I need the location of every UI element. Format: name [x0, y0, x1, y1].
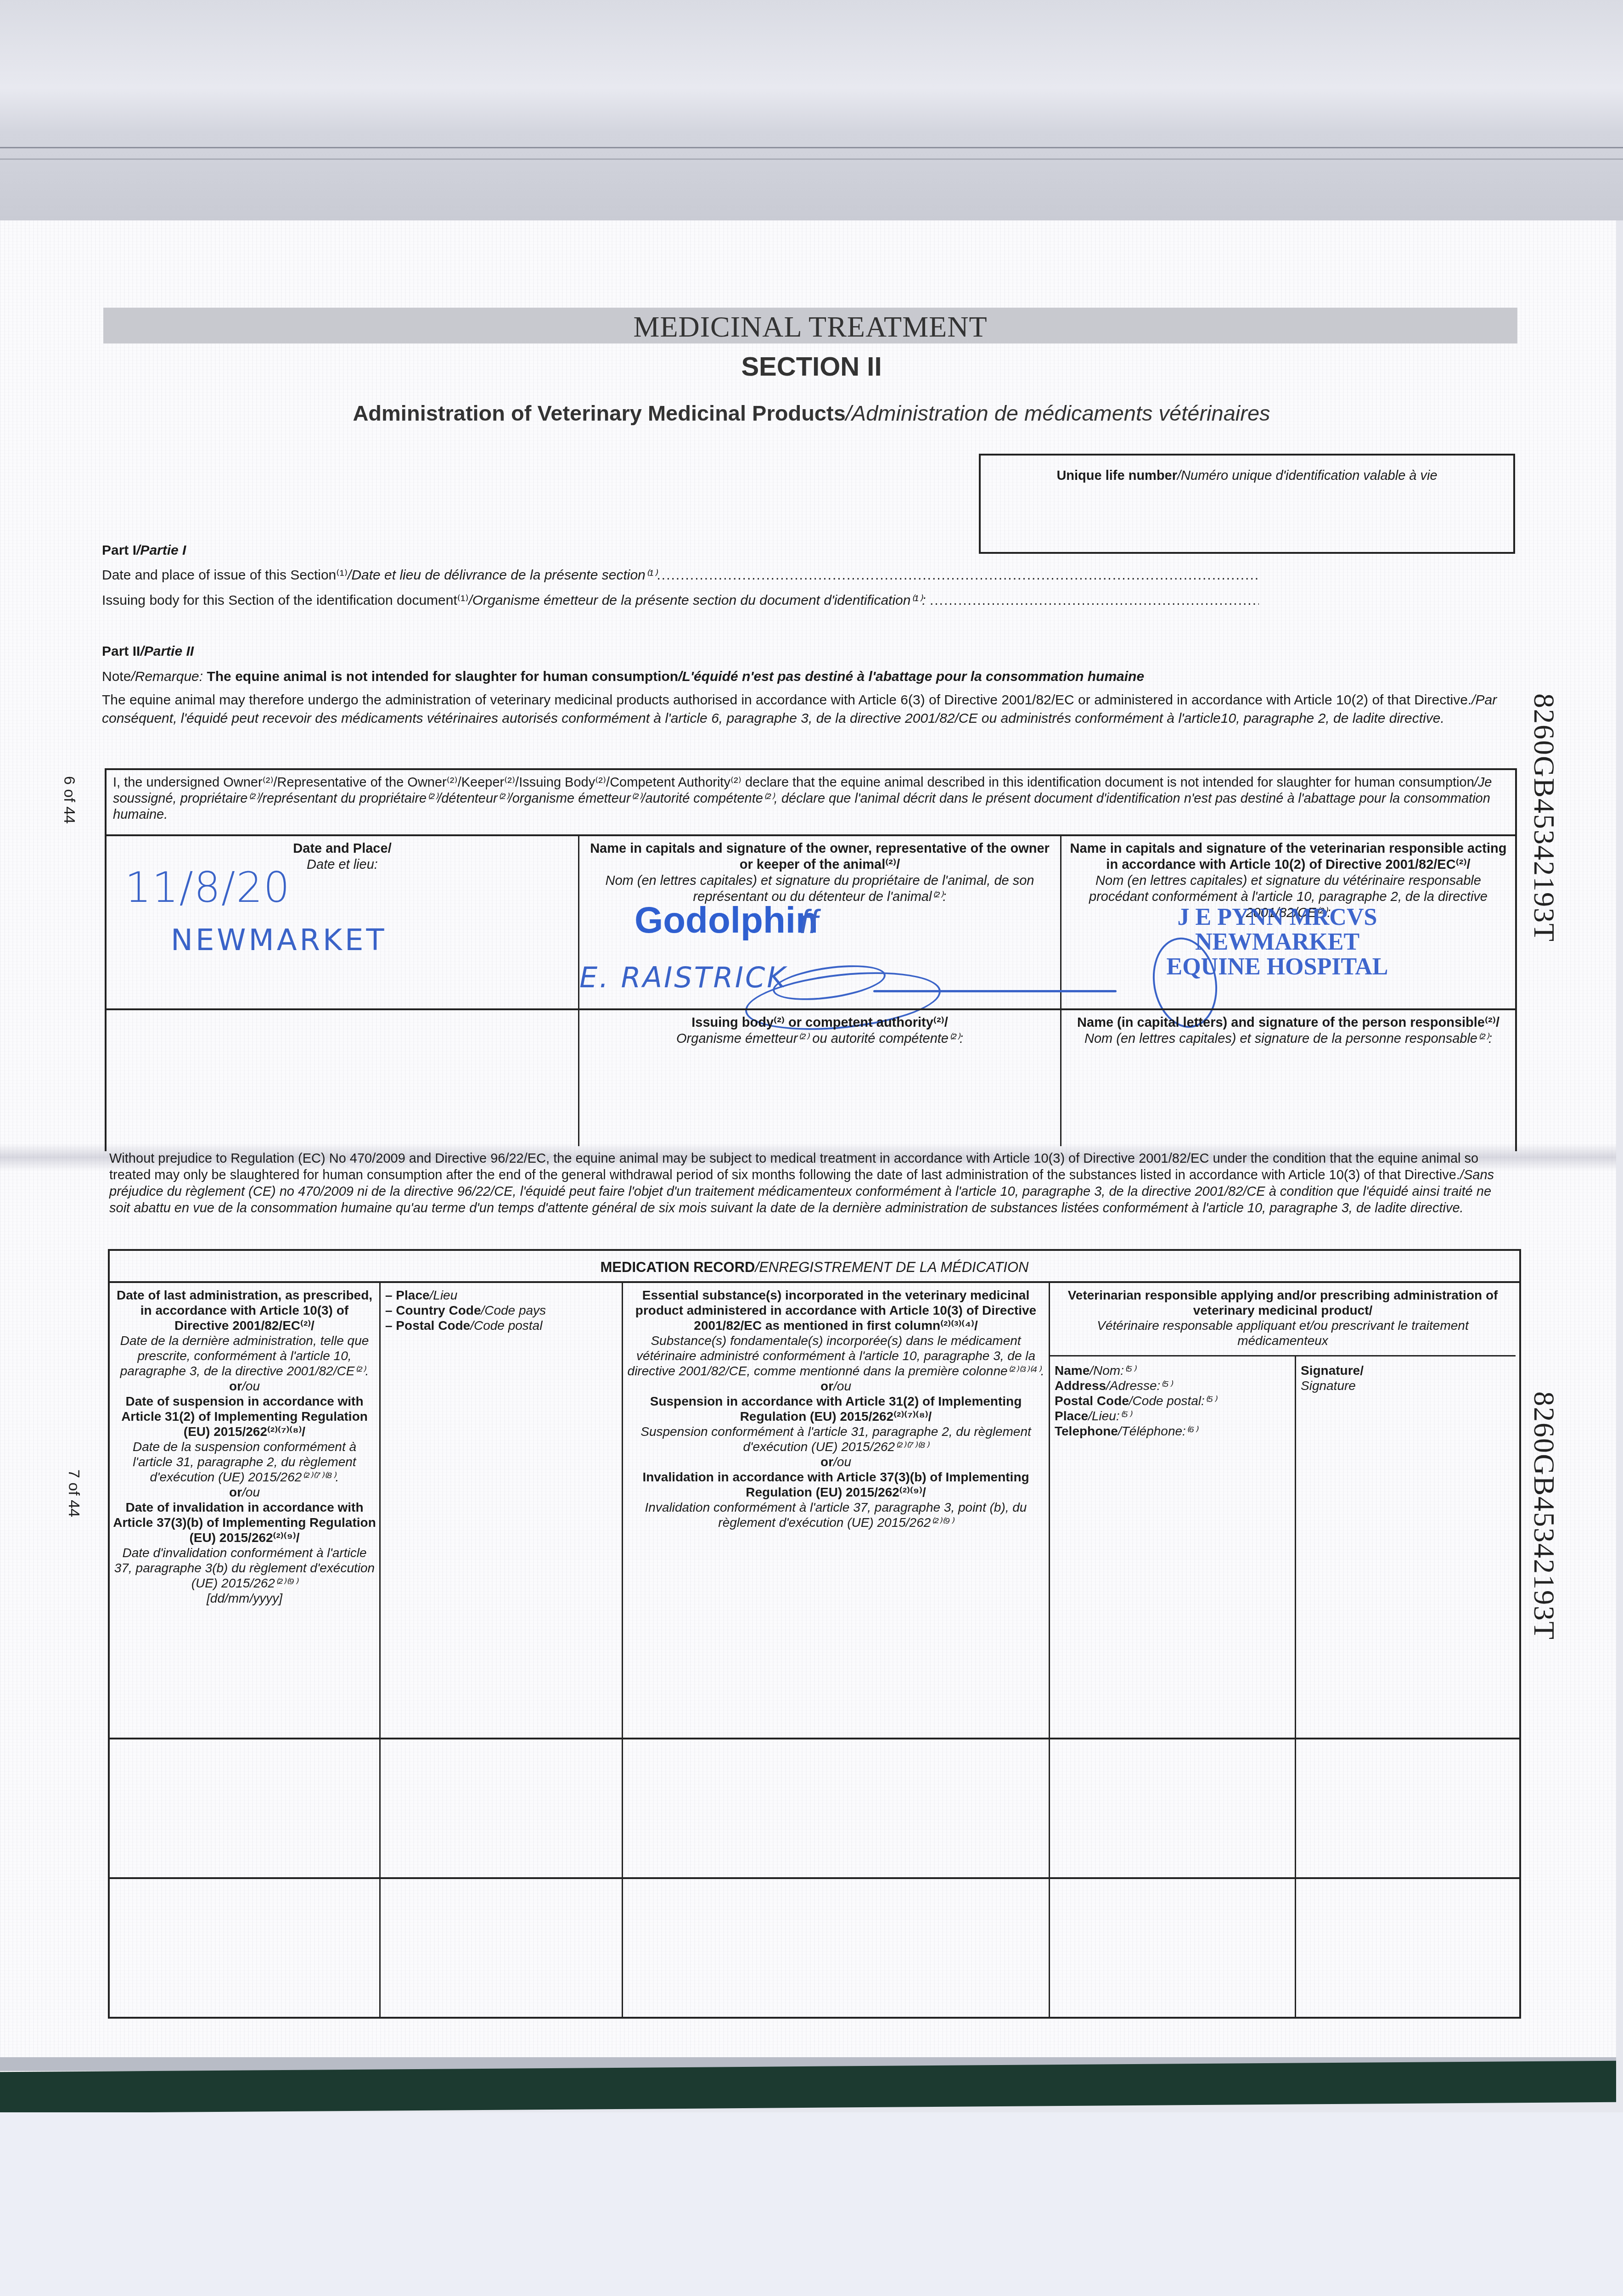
declaration-text: I, the undersigned Owner⁽²⁾/Representati… — [107, 770, 1515, 836]
fold-line — [0, 147, 1623, 148]
side-identifier-lower: 8260GB45342193T — [1527, 1391, 1561, 1640]
part1-heading: Part I/Partie I — [102, 541, 186, 560]
banner-title: MEDICINAL TREATMENT — [103, 308, 1517, 343]
owner-initials: ff — [800, 914, 818, 930]
handwritten-owner-name: E. RAISTRICK — [579, 969, 787, 985]
medication-record-header: Date of last administration, as prescrib… — [110, 1283, 1519, 1738]
handwritten-place: NEWMARKET — [171, 933, 387, 949]
header-substance-column: Essential substance(s) incorporated in t… — [623, 1283, 1050, 1738]
part2-paragraph: The equine animal may therefore undergo … — [102, 691, 1507, 728]
page-number-lower: 7 of 44 — [65, 1469, 83, 1517]
row-date-cell[interactable] — [110, 1879, 381, 2017]
row-vet-cell[interactable] — [1050, 1739, 1296, 1877]
declaration-row-1: Date and Place/Date et lieu: 11/8/20 NEW… — [107, 836, 1515, 1008]
declaration-table: I, the undersigned Owner⁽²⁾/Representati… — [105, 768, 1517, 1151]
row-signature-cell[interactable] — [1296, 1879, 1516, 2017]
row-substance-cell[interactable] — [623, 1739, 1050, 1877]
part2-note: Note/Remarque: The equine animal is not … — [102, 667, 1144, 687]
vet-signature-label: Signature/Signature — [1296, 1356, 1516, 1738]
side-identifier-upper: 8260GB45342193T — [1527, 693, 1561, 942]
page-subtitle: Administration of Veterinary Medicinal P… — [0, 400, 1623, 426]
page-number-upper: 6 of 44 — [60, 776, 78, 824]
section-heading: SECTION II — [0, 351, 1623, 382]
medication-record-row — [110, 1877, 1519, 2017]
row-substance-cell[interactable] — [623, 1879, 1050, 2017]
fold-line — [0, 158, 1623, 160]
header-vet-column: Veterinarian responsible applying and/or… — [1050, 1283, 1516, 1738]
unique-life-number-box[interactable]: Unique life number/Numéro unique d'ident… — [979, 454, 1515, 554]
date-place-cell[interactable]: Date and Place/Date et lieu: 11/8/20 NEW… — [107, 836, 579, 1008]
empty-cell[interactable] — [107, 1008, 579, 1146]
unique-life-number-label: Unique life number/Numéro unique d'ident… — [981, 468, 1513, 484]
medication-record-table: MEDICATION RECORD/ENREGISTREMENT DE LA M… — [108, 1249, 1521, 2019]
medication-record-row — [110, 1738, 1519, 1877]
declaration-row-2: Issuing body⁽²⁾ or competent authority⁽²… — [107, 1008, 1515, 1146]
scan-background-bottom — [0, 2112, 1623, 2296]
owner-stamp: Godolphin — [635, 912, 818, 928]
legal-paragraph: Without prejudice to Regulation (EC) No … — [109, 1150, 1514, 1216]
vet-column-title: Veterinarian responsible applying and/or… — [1050, 1283, 1516, 1356]
header-place-column: – Place/Lieu – Country Code/Code pays – … — [381, 1283, 623, 1738]
part1-date-place-line[interactable]: Date and place of issue of this Section⁽… — [102, 566, 1259, 585]
medication-record-title: MEDICATION RECORD/ENREGISTREMENT DE LA M… — [110, 1251, 1519, 1283]
scan-background-top — [0, 0, 1623, 220]
row-place-cell[interactable] — [381, 1739, 623, 1877]
part1-issuing-body-line[interactable]: Issuing body for this Section of the ide… — [102, 591, 1259, 610]
vet-signature-cell[interactable]: Name in capitals and signature of the ve… — [1061, 836, 1515, 1008]
row-date-cell[interactable] — [110, 1739, 381, 1877]
header-date-column: Date of last administration, as prescrib… — [110, 1283, 381, 1738]
part2-heading: Part II/Partie II — [102, 642, 194, 661]
row-vet-cell[interactable] — [1050, 1879, 1296, 2017]
row-place-cell[interactable] — [381, 1879, 623, 2017]
owner-signature-cell[interactable]: Name in capitals and signature of the ow… — [579, 836, 1061, 1008]
signature-stroke — [1061, 990, 1117, 992]
handwritten-date: 11/8/20 — [125, 880, 291, 896]
issuing-body-cell[interactable]: Issuing body⁽²⁾ or competent authority⁽²… — [579, 1008, 1061, 1146]
signature-stroke — [873, 990, 1066, 992]
row-signature-cell[interactable] — [1296, 1739, 1516, 1877]
vet-details-labels: Name/Nom:⁽⁵⁾ Address/Adresse:⁽⁵⁾ Postal … — [1050, 1356, 1296, 1738]
responsible-person-cell[interactable]: Name (in capital letters) and signature … — [1061, 1008, 1515, 1146]
